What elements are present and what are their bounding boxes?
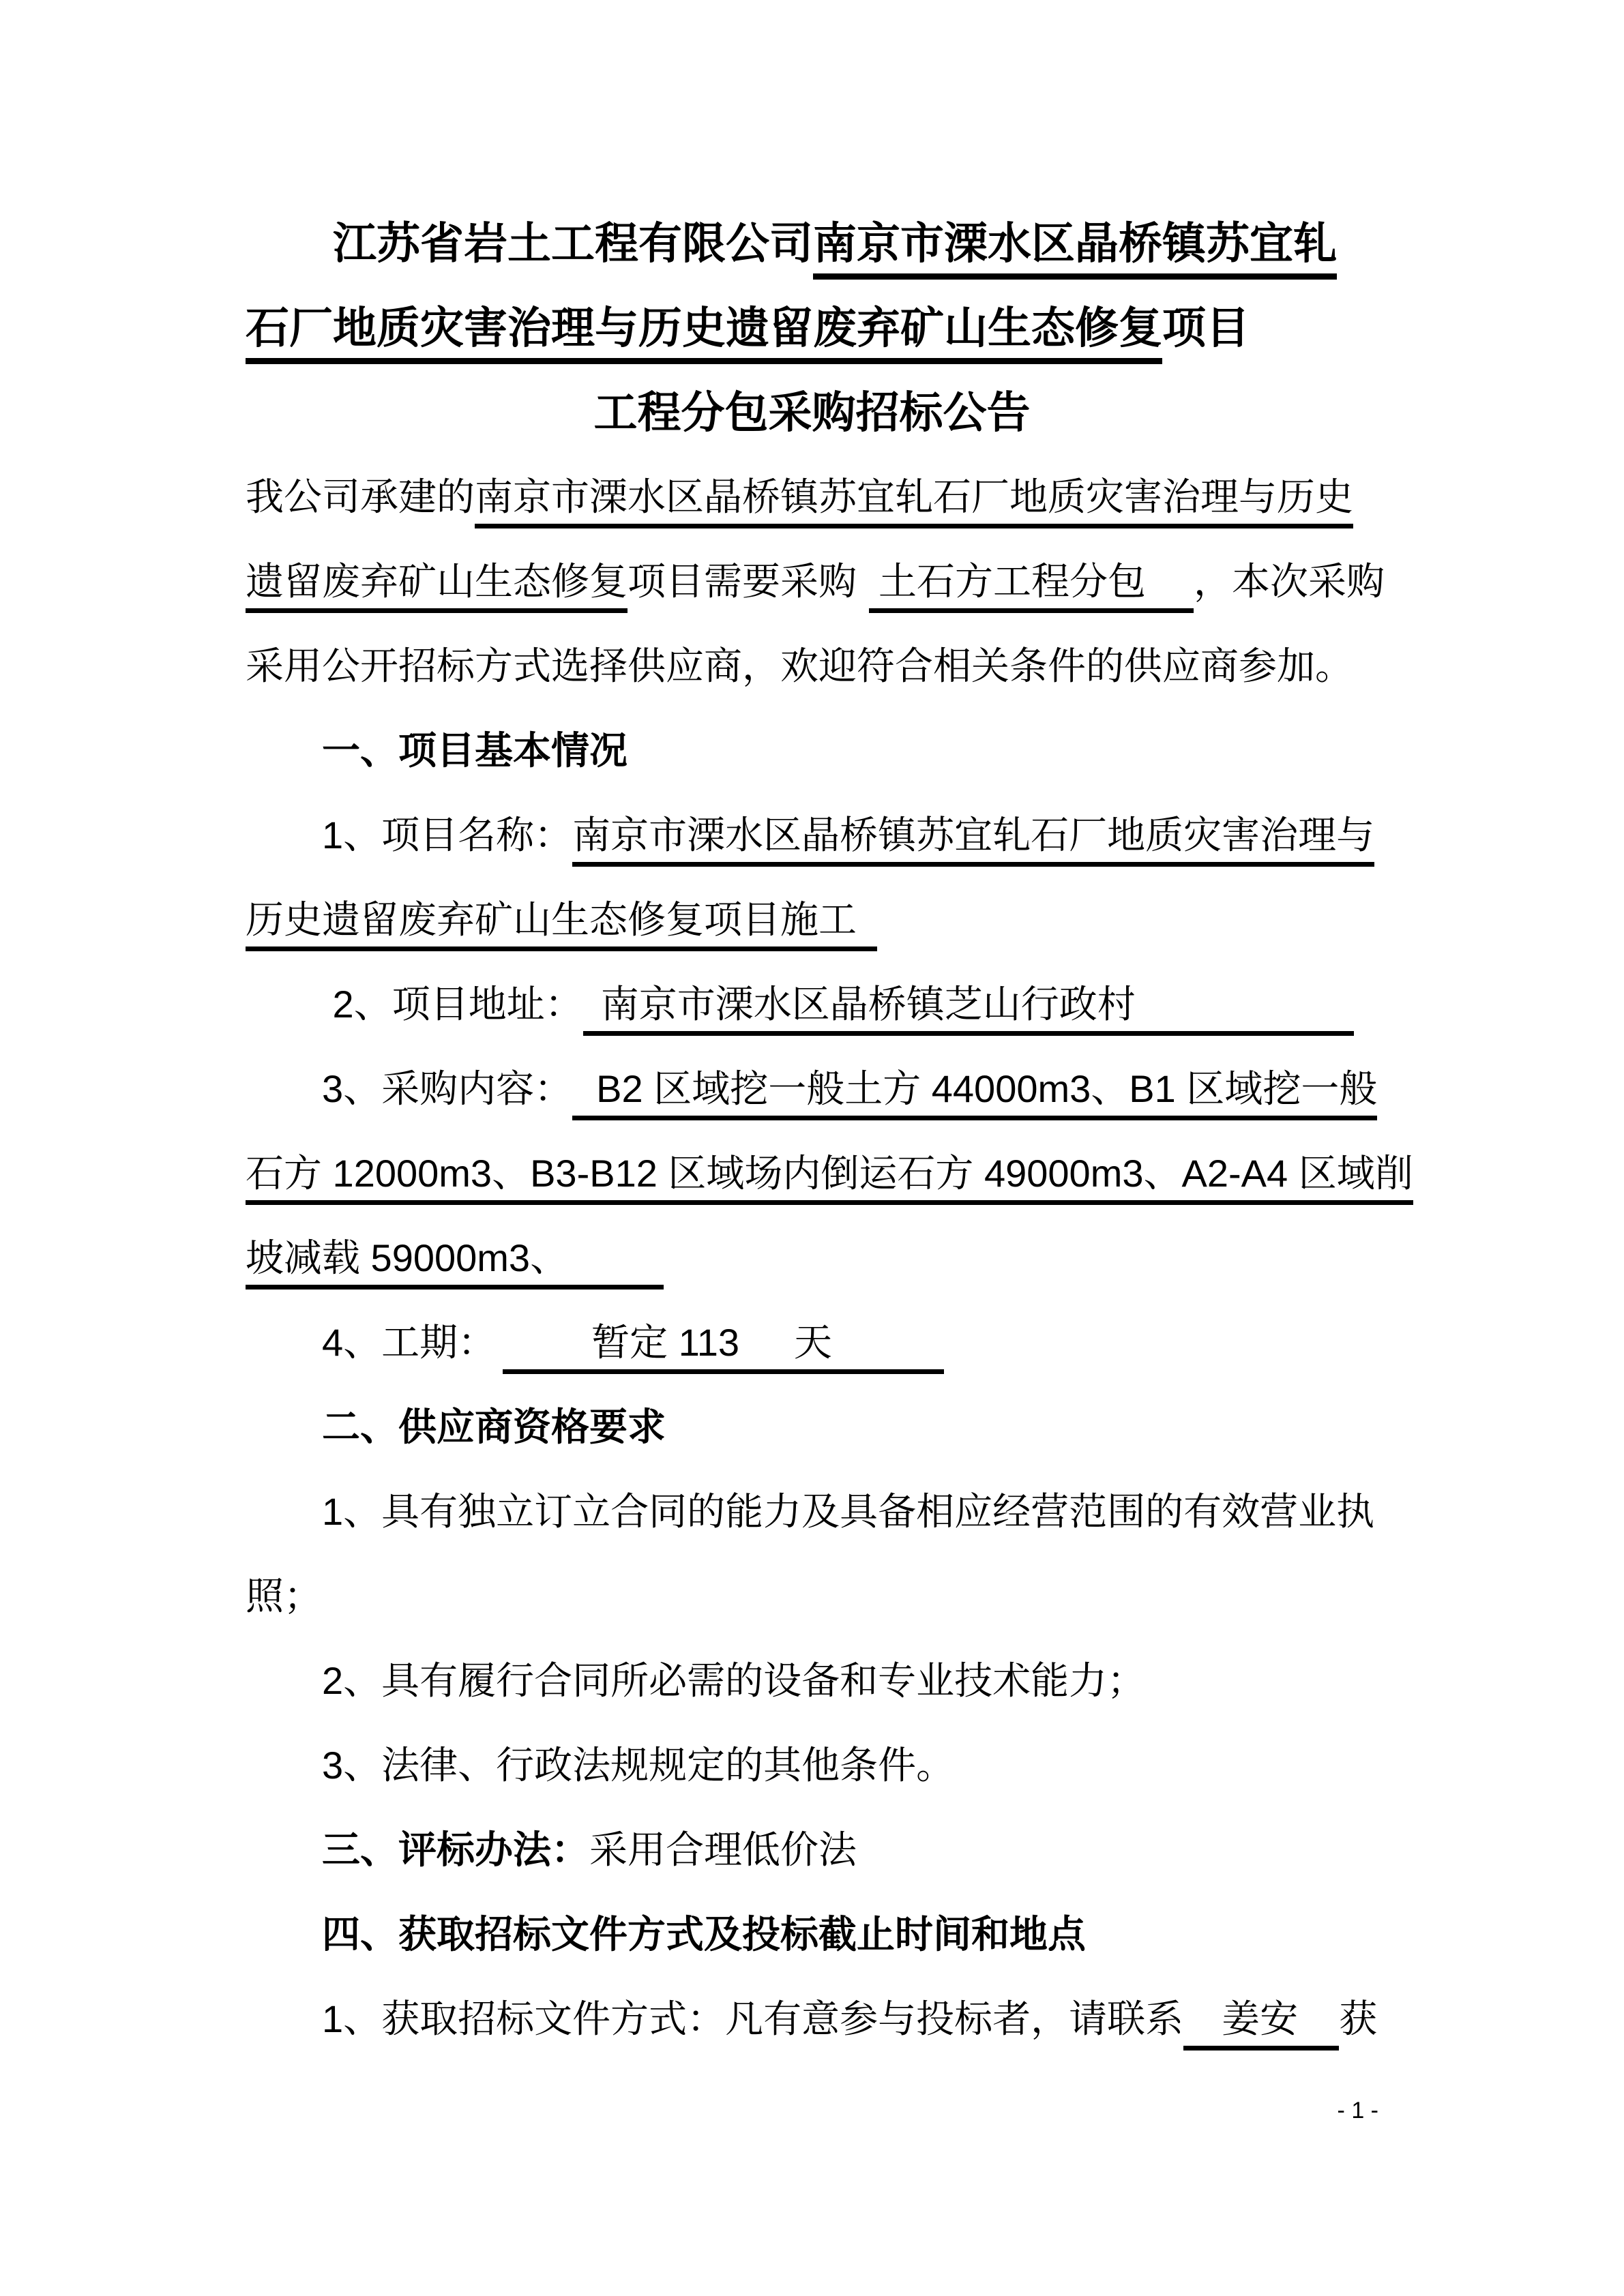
underline-blank — [583, 987, 601, 1036]
text-line: 二、供应商资格要求 — [246, 1385, 1378, 1470]
underlined-segment: 南京市溧水区晶桥镇苏宜轧 — [813, 219, 1337, 280]
underlined-segment: 南京市溧水区晶桥镇芝山行政村 — [601, 983, 1136, 1036]
text-line: 采用公开招标方式选择供应商，欢迎符合相关条件的供应商参加。 — [246, 624, 1378, 709]
text-line: 坡减载 59000m3、 — [246, 1216, 1378, 1300]
underline-blank — [1136, 987, 1354, 1036]
text-line: 3、法律、行政法规规定的其他条件。 — [246, 1723, 1378, 1808]
underlined-segment: B2 区域挖一般土方 44000m3、B1 区域挖一般 — [596, 1067, 1377, 1120]
text-segment: 二、供应商资格要求 — [322, 1405, 666, 1448]
text-segment: 4、工期： — [322, 1321, 496, 1364]
text-line: 遗留废弃矿山生态修复项目需要采购土石方工程分包，本次采购 — [246, 539, 1378, 624]
text-segment: 工程分包采购招标公告 — [594, 388, 1031, 437]
underlined-segment: 土石方工程分包 — [879, 560, 1146, 613]
text-segment: 获 — [1339, 1997, 1377, 2040]
text-line: 历史遗留废弃矿山生态修复项目施工 — [246, 878, 1378, 962]
underline-blank — [869, 565, 879, 613]
text-line: 1、项目名称：南京市溧水区晶桥镇苏宜轧石厂地质灾害治理与 — [246, 793, 1378, 878]
underlined-segment: 姜安 — [1222, 1997, 1298, 2051]
title-line: 石厂地质灾害治理与历史遗留废弃矿山生态修复项目 — [246, 286, 1378, 370]
title-line: 工程分包采购招标公告 — [246, 370, 1378, 455]
underline-blank — [1146, 565, 1194, 613]
underlined-segment: 石厂地质灾害治理与历史遗留废弃矿山生态修复 — [246, 303, 1162, 364]
text-line: 四、获取招标文件方式及投标截止时间和地点 — [246, 1892, 1378, 1977]
text-segment: 照； — [246, 1575, 322, 1617]
text-segment: 2、具有履行合同所必需的设备和专业技术能力； — [322, 1659, 1145, 1702]
text-line: 4、工期：暂定 113天 — [246, 1300, 1378, 1385]
underline-blank — [739, 1326, 794, 1374]
underlined-segment: 南京市溧水区晶桥镇苏宜轧石厂地质灾害治理与 — [572, 814, 1374, 867]
text-line: 1、具有独立订立合同的能力及具备相应经营范围的有效营业执 — [246, 1470, 1378, 1554]
text-segment: 采用公开招标方式选择供应商，欢迎符合相关条件的供应商参加。 — [246, 644, 1353, 687]
text-line: 照； — [246, 1554, 1378, 1639]
text-line: 3、采购内容：B2 区域挖一般土方 44000m3、B1 区域挖一般 — [246, 1047, 1378, 1131]
underlined-segment: 南京市溧水区晶桥镇苏宜轧石厂地质灾害治理与历史 — [475, 475, 1353, 528]
text-line: 石方 12000m3、B3-B12 区域场内倒运石方 49000m3、A2-A4… — [246, 1131, 1378, 1216]
text-segment: 采用合理低价法 — [589, 1828, 857, 1871]
text-line: 三、评标办法：采用合理低价法 — [246, 1808, 1378, 1892]
text-segment: 1、项目名称： — [322, 814, 572, 856]
text-segment: 项目 — [1162, 303, 1250, 353]
text-segment: 2、项目地址： — [322, 983, 583, 1026]
text-segment: 我公司承建的 — [246, 475, 475, 518]
page-number: - 1 - — [246, 2097, 1378, 2124]
underline-blank — [1298, 2002, 1339, 2051]
text-line: 1、获取招标文件方式：凡有意参与投标者，请联系姜安获 — [246, 1977, 1378, 2061]
text-line: 2、项目地址：南京市溧水区晶桥镇芝山行政村 — [246, 962, 1378, 1047]
underlined-segment: 天 — [794, 1321, 832, 1374]
title-line: 江苏省岩土工程有限公司南京市溧水区晶桥镇苏宜轧 — [246, 201, 1378, 286]
text-segment: 3、采购内容： — [322, 1067, 572, 1110]
text-segment: 项目需要采购 — [628, 560, 857, 603]
underline-blank — [503, 1326, 591, 1374]
underline-blank — [857, 903, 877, 951]
text-segment: 1、获取招标文件方式：凡有意参与投标者，请联系 — [322, 1997, 1183, 2040]
text-segment: 三、评标办法： — [322, 1828, 589, 1871]
spacer — [496, 1336, 503, 1374]
text-line: 一、项目基本情况 — [246, 709, 1378, 793]
text-segment: 一、项目基本情况 — [322, 729, 628, 772]
text-segment: ，本次采购 — [1194, 560, 1385, 603]
text-segment: 四、获取招标文件方式及投标截止时间和地点 — [322, 1913, 1086, 1956]
underline-blank — [1183, 2002, 1222, 2051]
document-content: 江苏省岩土工程有限公司南京市溧水区晶桥镇苏宜轧石厂地质灾害治理与历史遗留废弃矿山… — [246, 201, 1378, 2061]
underlined-segment: 石方 12000m3、B3-B12 区域场内倒运石方 49000m3、A2-A4… — [246, 1152, 1413, 1205]
spacer — [857, 575, 869, 613]
underline-blank — [568, 1241, 664, 1289]
underlined-segment: 暂定 113 — [591, 1321, 739, 1374]
text-segment: 1、具有独立订立合同的能力及具备相应经营范围的有效营业执 — [322, 1490, 1374, 1533]
text-line: 我公司承建的南京市溧水区晶桥镇苏宜轧石厂地质灾害治理与历史 — [246, 455, 1378, 539]
underlined-segment: 遗留废弃矿山生态修复 — [246, 560, 628, 613]
underline-blank — [572, 1072, 596, 1120]
underlined-segment: 坡减载 59000m3、 — [246, 1236, 568, 1289]
underline-blank — [832, 1326, 944, 1374]
underlined-segment: 历史遗留废弃矿山生态修复项目施工 — [246, 898, 857, 951]
document-page: 江苏省岩土工程有限公司南京市溧水区晶桥镇苏宜轧石厂地质灾害治理与历史遗留废弃矿山… — [0, 0, 1624, 2296]
text-segment: 3、法律、行政法规规定的其他条件。 — [322, 1744, 954, 1787]
text-line: 2、具有履行合同所必需的设备和专业技术能力； — [246, 1639, 1378, 1723]
text-segment: 江苏省岩土工程有限公司 — [333, 219, 813, 268]
